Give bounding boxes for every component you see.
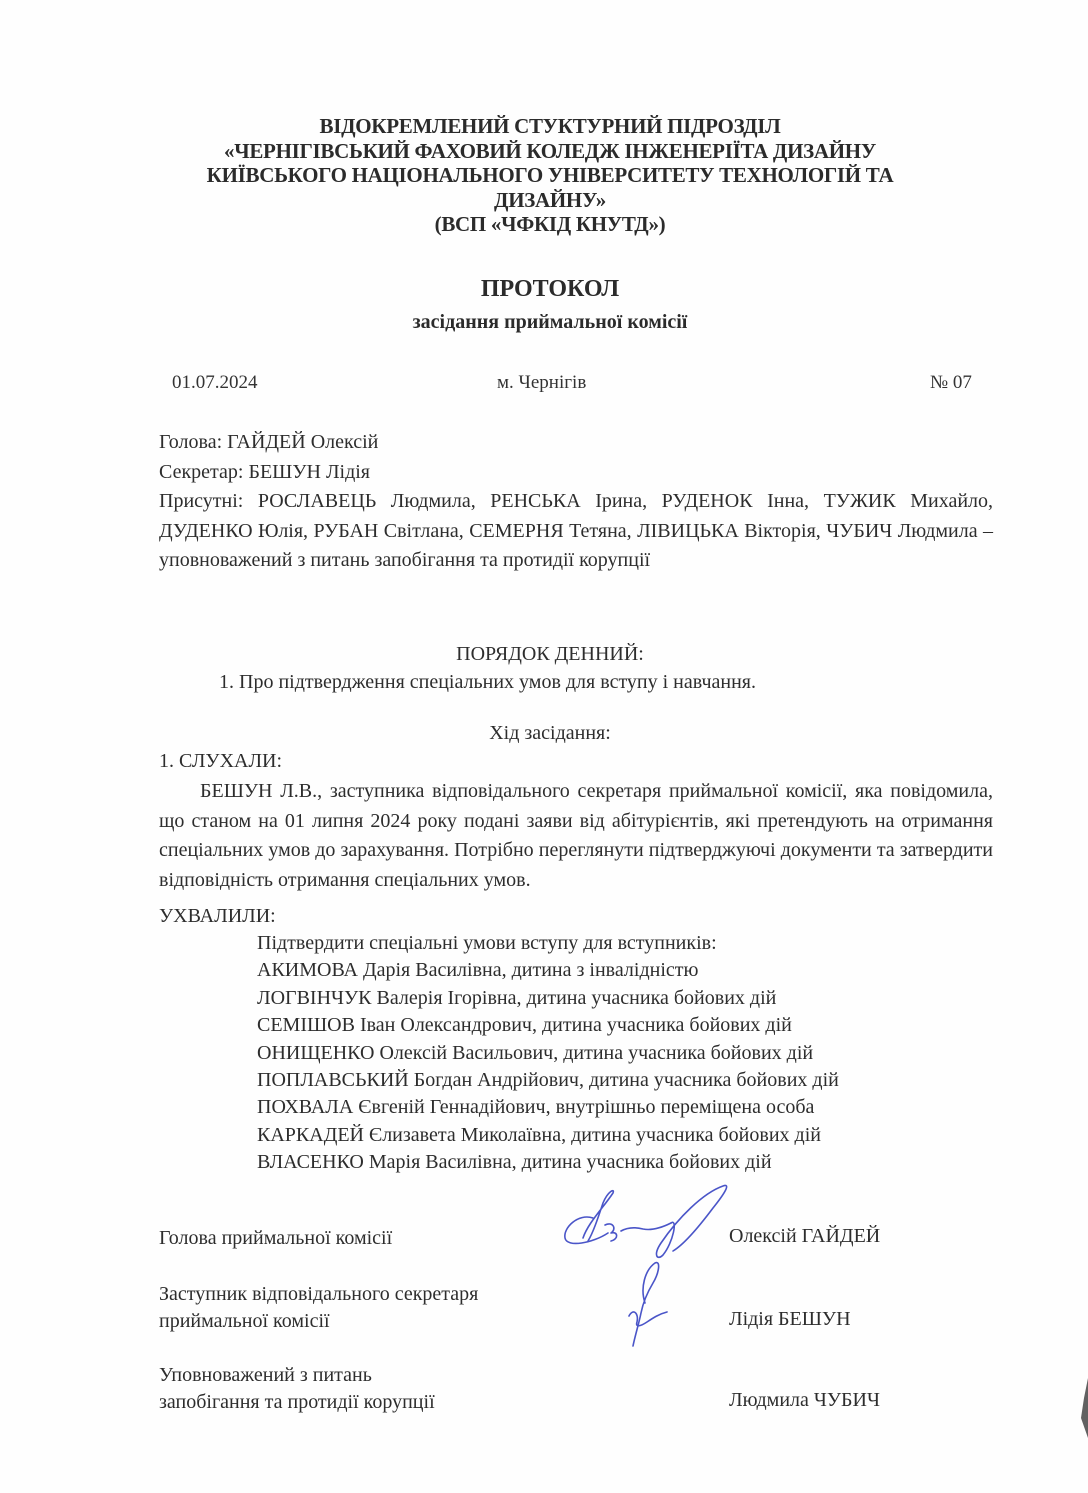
- heard-label: 1. СЛУХАЛИ:: [159, 750, 282, 773]
- header-line: ВІДОКРЕМЛЕНИЙ СТУКТУРНИЙ ПІДРОЗДІЛ: [150, 114, 950, 139]
- applicant-item: ОНИЩЕНКО Олексій Васильович, дитина учас…: [257, 1040, 839, 1067]
- handwritten-signature-secretary-icon: [615, 1258, 685, 1348]
- document-date: 01.07.2024: [172, 372, 258, 394]
- document-city: м. Чернігів: [497, 372, 586, 394]
- header-line: (ВСП «ЧФКІД КНУТД»): [150, 212, 950, 237]
- resolved-list: Підтвердити спеціальні умови вступу для …: [257, 930, 839, 1177]
- signature-role-chair: Голова приймальної комісії: [159, 1225, 392, 1252]
- applicant-item: СЕМІШОВ Іван Олександрович, дитина учасн…: [257, 1012, 839, 1039]
- role-line: Заступник відповідального секретаря: [159, 1281, 478, 1308]
- signature-role-secretary: Заступник відповідального секретаря прий…: [159, 1281, 478, 1335]
- applicant-item: КАРКАДЕЙ Єлизавета Миколаївна, дитина уч…: [257, 1122, 839, 1149]
- signature-name-anticorruption: Людмила ЧУБИЧ: [729, 1389, 880, 1412]
- header-line: КИЇВСЬКОГО НАЦІОНАЛЬНОГО УНІВЕРСИТЕТУ ТЕ…: [150, 163, 950, 188]
- present-line: Присутні: РОСЛАВЕЦЬ Людмила, РЕНСЬКА Іри…: [159, 487, 993, 576]
- scan-edge-artifact: [1074, 1378, 1088, 1438]
- applicant-item: АКИМОВА Дарія Василівна, дитина з інвалі…: [257, 957, 839, 984]
- handwritten-signature-chair-icon: [553, 1183, 733, 1263]
- document-subtitle: засідання приймальної комісії: [150, 311, 950, 334]
- signature-name-chair: Олексій ГАЙДЕЙ: [729, 1225, 880, 1248]
- role-line: запобігання та протидії корупції: [159, 1389, 435, 1416]
- proceedings-title: Хід засідання:: [150, 722, 950, 745]
- document-number: № 07: [930, 372, 972, 394]
- document-page: ВІДОКРЕМЛЕНИЙ СТУКТУРНИЙ ПІДРОЗДІЛ «ЧЕРН…: [0, 0, 1088, 1493]
- signature-role-anticorruption: Уповноважений з питань запобігання та пр…: [159, 1362, 435, 1416]
- secretary-line: Секретар: БЕШУН Лідія: [159, 458, 993, 488]
- institution-header: ВІДОКРЕМЛЕНИЙ СТУКТУРНИЙ ПІДРОЗДІЛ «ЧЕРН…: [150, 114, 950, 237]
- heard-text-block: БЕШУН Л.В., заступника відповідального с…: [159, 777, 993, 895]
- header-line: «ЧЕРНІГІВСЬКИЙ ФАХОВИЙ КОЛЕДЖ ІНЖЕНЕРІЇТ…: [150, 139, 950, 164]
- role-line: приймальної комісії: [159, 1308, 478, 1335]
- applicant-item: ВЛАСЕНКО Марія Василівна, дитина учасник…: [257, 1149, 839, 1176]
- agenda-title: ПОРЯДОК ДЕННИЙ:: [150, 643, 950, 666]
- attendance-block: Голова: ГАЙДЕЙ Олексій Секретар: БЕШУН Л…: [159, 428, 993, 576]
- applicant-item: ЛОГВІНЧУК Валерія Ігорівна, дитина учасн…: [257, 985, 839, 1012]
- heard-text: БЕШУН Л.В., заступника відповідального с…: [159, 777, 993, 895]
- agenda-item: 1. Про підтвердження спеціальних умов дл…: [219, 671, 756, 694]
- document-title: ПРОТОКОЛ: [150, 276, 950, 303]
- resolved-intro: Підтвердити спеціальні умови вступу для …: [257, 930, 839, 957]
- role-line: Голова приймальної комісії: [159, 1225, 392, 1252]
- header-line: ДИЗАЙНУ»: [150, 188, 950, 213]
- signature-name-secretary: Лідія БЕШУН: [729, 1308, 851, 1331]
- chair-line: Голова: ГАЙДЕЙ Олексій: [159, 428, 993, 458]
- role-line: Уповноважений з питань: [159, 1362, 435, 1389]
- applicant-item: ПОПЛАВСЬКИЙ Богдан Андрійович, дитина уч…: [257, 1067, 839, 1094]
- applicant-item: ПОХВАЛА Євгеній Геннадійович, внутрішньо…: [257, 1094, 839, 1121]
- resolved-label: УХВАЛИЛИ:: [159, 905, 276, 928]
